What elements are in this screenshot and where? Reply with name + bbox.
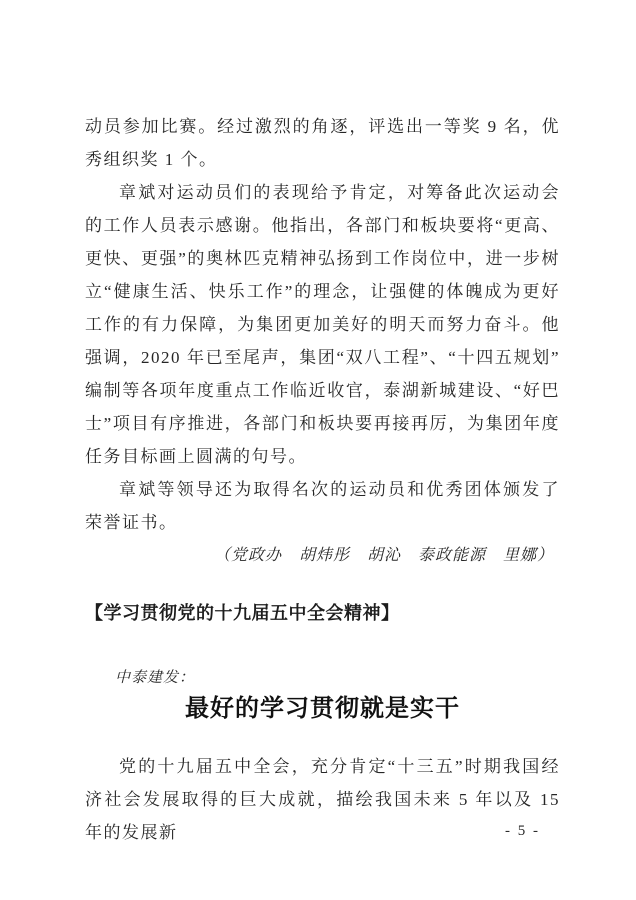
paragraph-speech: 章斌对运动员们的表现给予肯定，对筹备此次运动会的工作人员表示感谢。他指出，各部门… <box>85 176 560 473</box>
paragraph-opening: 党的十九届五中全会，充分肯定“十三五”时期我国经济社会发展取得的巨大成就，描绘我… <box>85 750 560 849</box>
article-attribution: （党政办 胡炜彤 胡沁 泰政能源 里娜） <box>85 539 560 572</box>
document-page: 动员参加比赛。经过激烈的角逐，评选出一等奖 9 名，优秀组织奖 1 个。 章斌对… <box>0 0 636 900</box>
article-title: 最好的学习贯彻就是实干 <box>85 692 560 726</box>
paragraph-continuation: 动员参加比赛。经过激烈的角逐，评选出一等奖 9 名，优秀组织奖 1 个。 <box>85 110 560 176</box>
paragraph-awards: 章斌等领导还为取得名次的运动员和优秀团体颁发了荣誉证书。 <box>85 473 560 539</box>
section-heading: 【学习贯彻党的十九届五中全会精神】 <box>85 600 560 626</box>
page-content: 动员参加比赛。经过激烈的角逐，评选出一等奖 9 名，优秀组织奖 1 个。 章斌对… <box>0 0 636 849</box>
page-number: - 5 - <box>505 821 540 841</box>
article-byline: 中泰建发： <box>85 666 560 690</box>
